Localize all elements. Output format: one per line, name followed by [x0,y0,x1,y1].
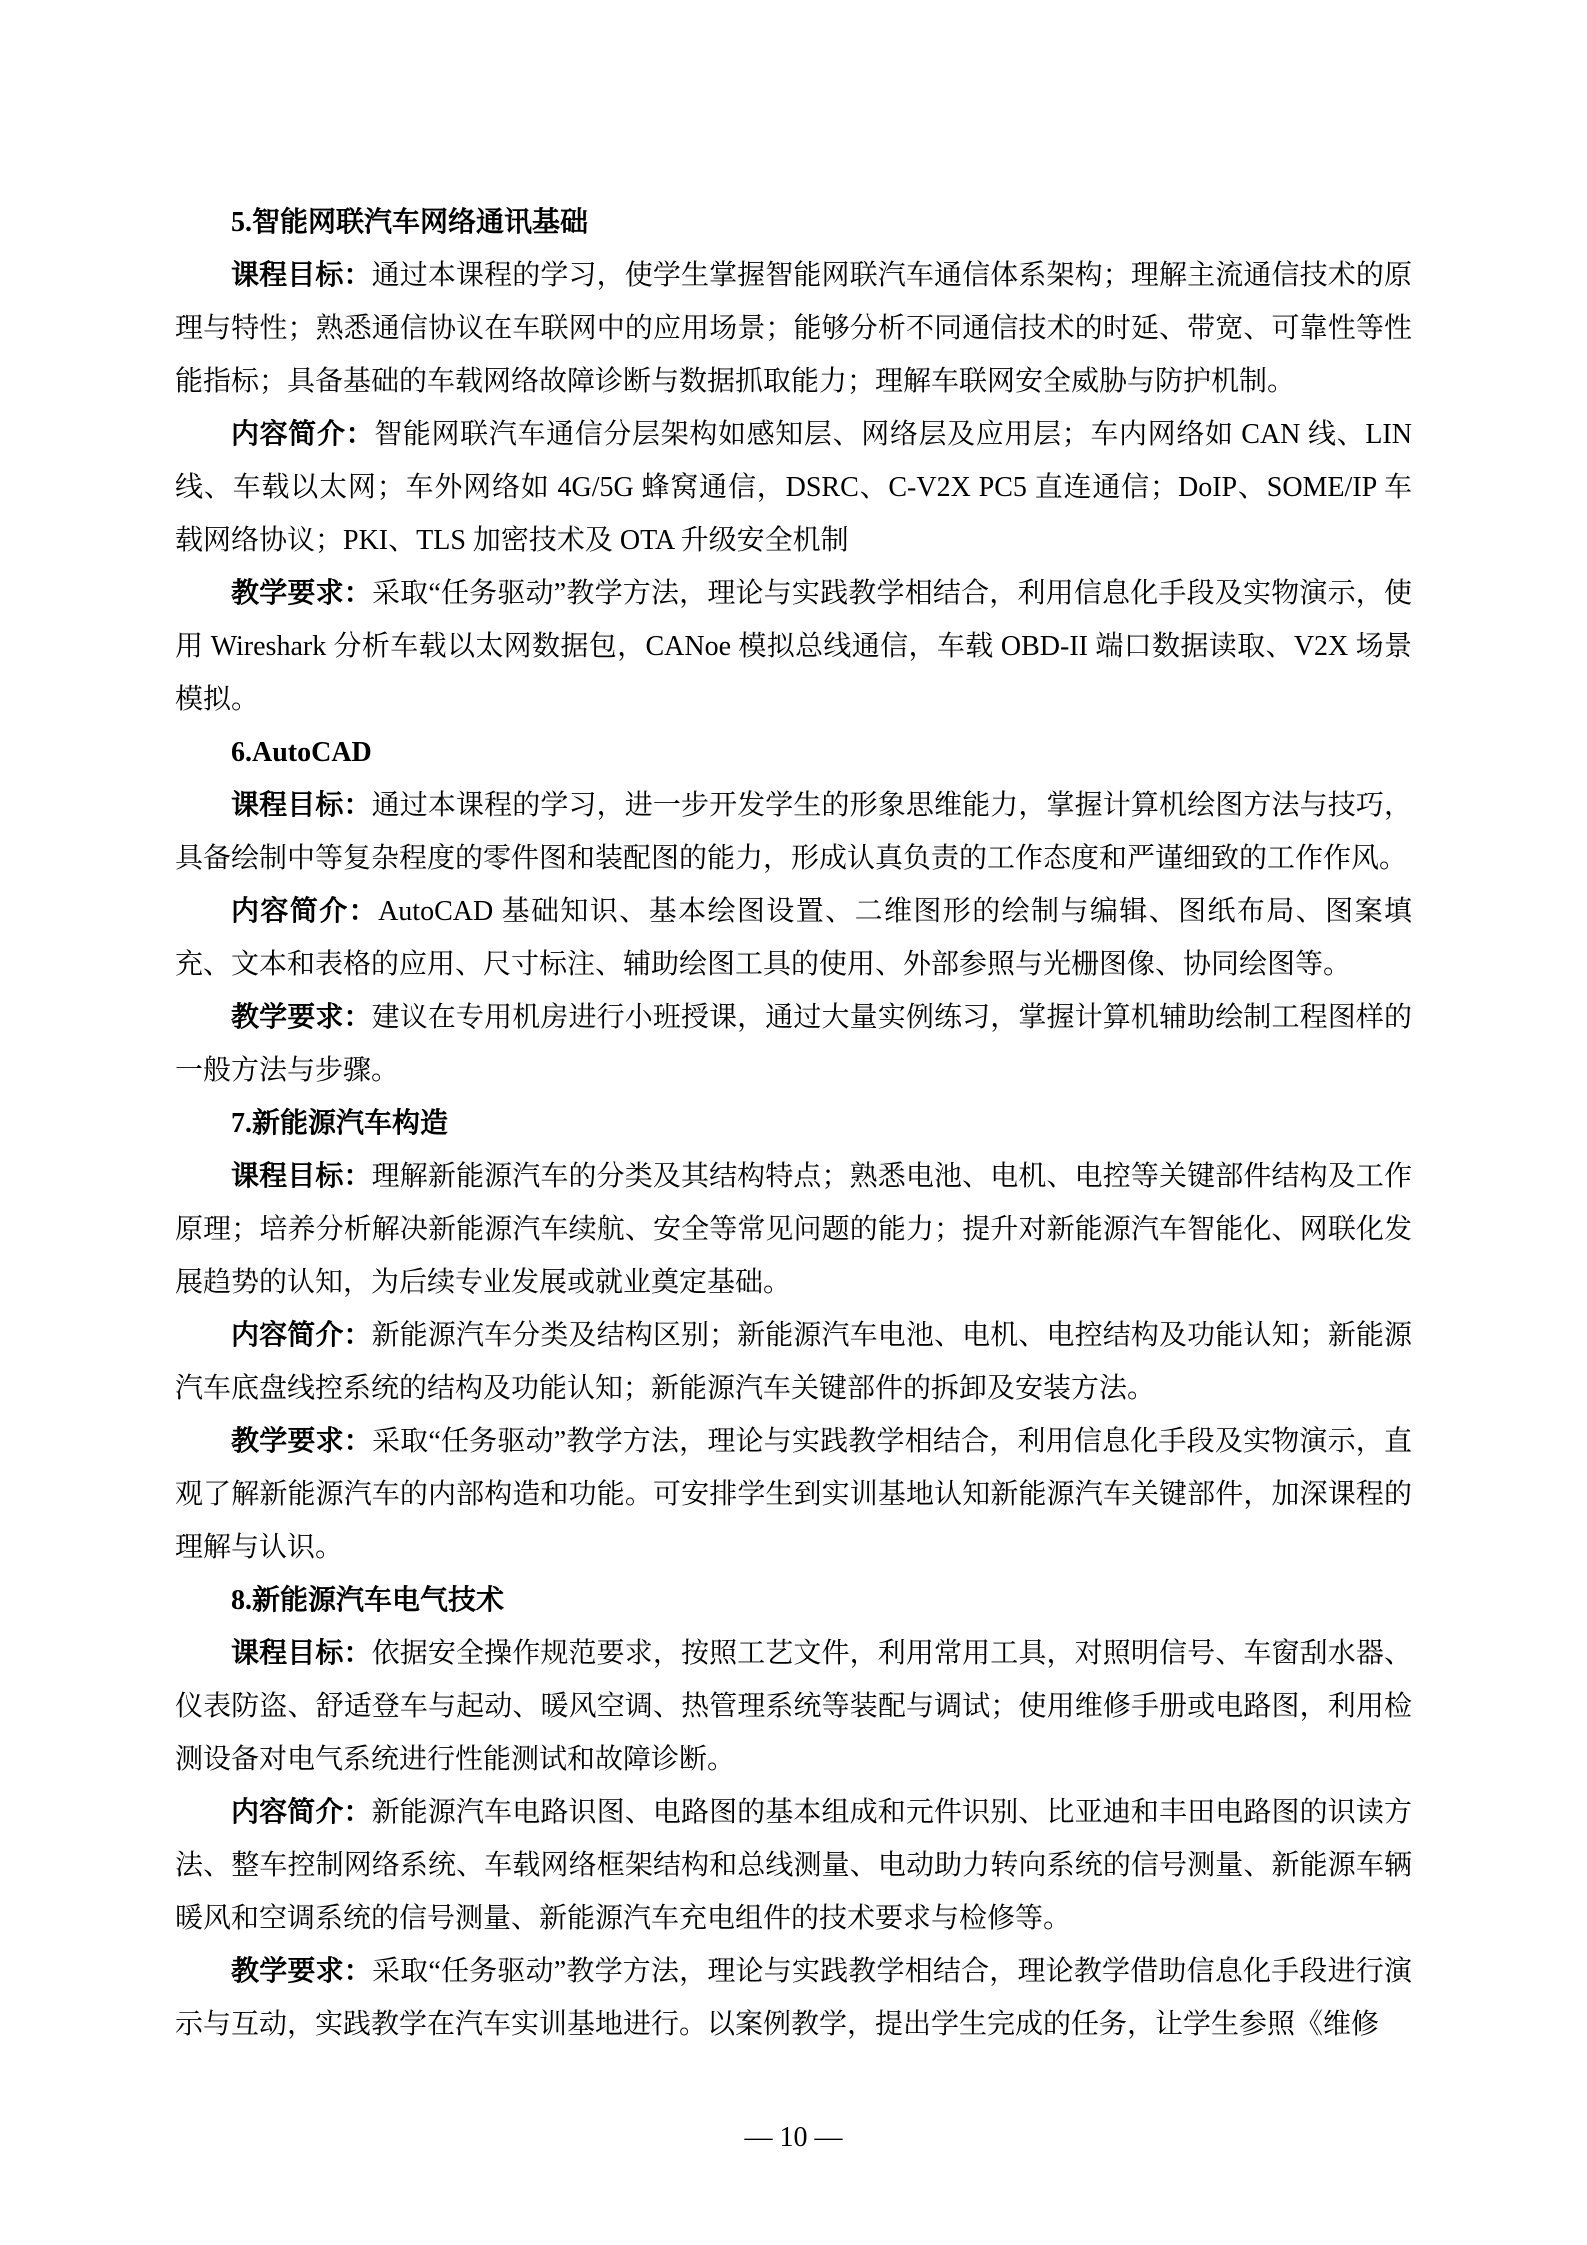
page-number: — 10 — [745,2122,843,2153]
paragraph-content-intro: 内容简介：新能源汽车分类及结构区别；新能源汽车电池、电机、电控结构及功能认知；新… [175,1309,1412,1415]
paragraph-label: 内容简介： [231,896,378,927]
paragraph-label: 教学要求： [231,1426,372,1457]
paragraph-label: 内容简介： [231,1797,372,1828]
paragraph-course-goal: 课程目标：依据安全操作规范要求，按照工艺文件，利用常用工具，对照明信号、车窗刮水… [175,1627,1412,1786]
paragraph-course-goal: 课程目标：通过本课程的学习，使学生掌握智能网联汽车通信体系架构；理解主流通信技术… [175,249,1412,408]
paragraph-label: 内容简介： [231,419,374,450]
page-footer: — 10 — [0,2111,1587,2164]
section-heading-6: 6.AutoCAD [175,726,1412,779]
paragraph-course-goal: 课程目标：通过本课程的学习，进一步开发学生的形象思维能力，掌握计算机绘图方法与技… [175,779,1412,885]
paragraph-label: 教学要求： [231,1956,372,1987]
paragraph-label: 课程目标： [231,1638,372,1669]
paragraph-label: 内容简介： [231,1320,372,1351]
paragraph-content-intro: 内容简介：智能网联汽车通信分层架构如感知层、网络层及应用层；车内网络如 CAN … [175,408,1412,567]
paragraph-label: 教学要求： [231,1002,372,1033]
section-heading-5: 5.智能网联汽车网络通讯基础 [175,196,1412,249]
paragraph-teaching-requirement: 教学要求：采取“任务驱动”教学方法，理论与实践教学相结合，理论教学借助信息化手段… [175,1945,1412,2051]
paragraph-label: 教学要求： [231,578,372,609]
document-page: 5.智能网联汽车网络通讯基础 课程目标：通过本课程的学习，使学生掌握智能网联汽车… [0,0,1587,2245]
paragraph-course-goal: 课程目标：理解新能源汽车的分类及其结构特点；熟悉电池、电机、电控等关键部件结构及… [175,1150,1412,1309]
section-heading-8: 8.新能源汽车电气技术 [175,1574,1412,1627]
paragraph-content-intro: 内容简介：AutoCAD 基础知识、基本绘图设置、二维图形的绘制与编辑、图纸布局… [175,885,1412,991]
paragraph-content-intro: 内容简介：新能源汽车电路识图、电路图的基本组成和元件识别、比亚迪和丰田电路图的识… [175,1786,1412,1945]
paragraph-label: 课程目标： [231,790,372,821]
document-content: 5.智能网联汽车网络通讯基础 课程目标：通过本课程的学习，使学生掌握智能网联汽车… [175,196,1412,2051]
paragraph-teaching-requirement: 教学要求：采取“任务驱动”教学方法，理论与实践教学相结合，利用信息化手段及实物演… [175,567,1412,726]
paragraph-teaching-requirement: 教学要求：建议在专用机房进行小班授课，通过大量实例练习，掌握计算机辅助绘制工程图… [175,991,1412,1097]
paragraph-label: 课程目标： [231,260,372,291]
paragraph-label: 课程目标： [231,1161,372,1192]
paragraph-teaching-requirement: 教学要求：采取“任务驱动”教学方法，理论与实践教学相结合，利用信息化手段及实物演… [175,1415,1412,1574]
section-heading-7: 7.新能源汽车构造 [175,1097,1412,1150]
